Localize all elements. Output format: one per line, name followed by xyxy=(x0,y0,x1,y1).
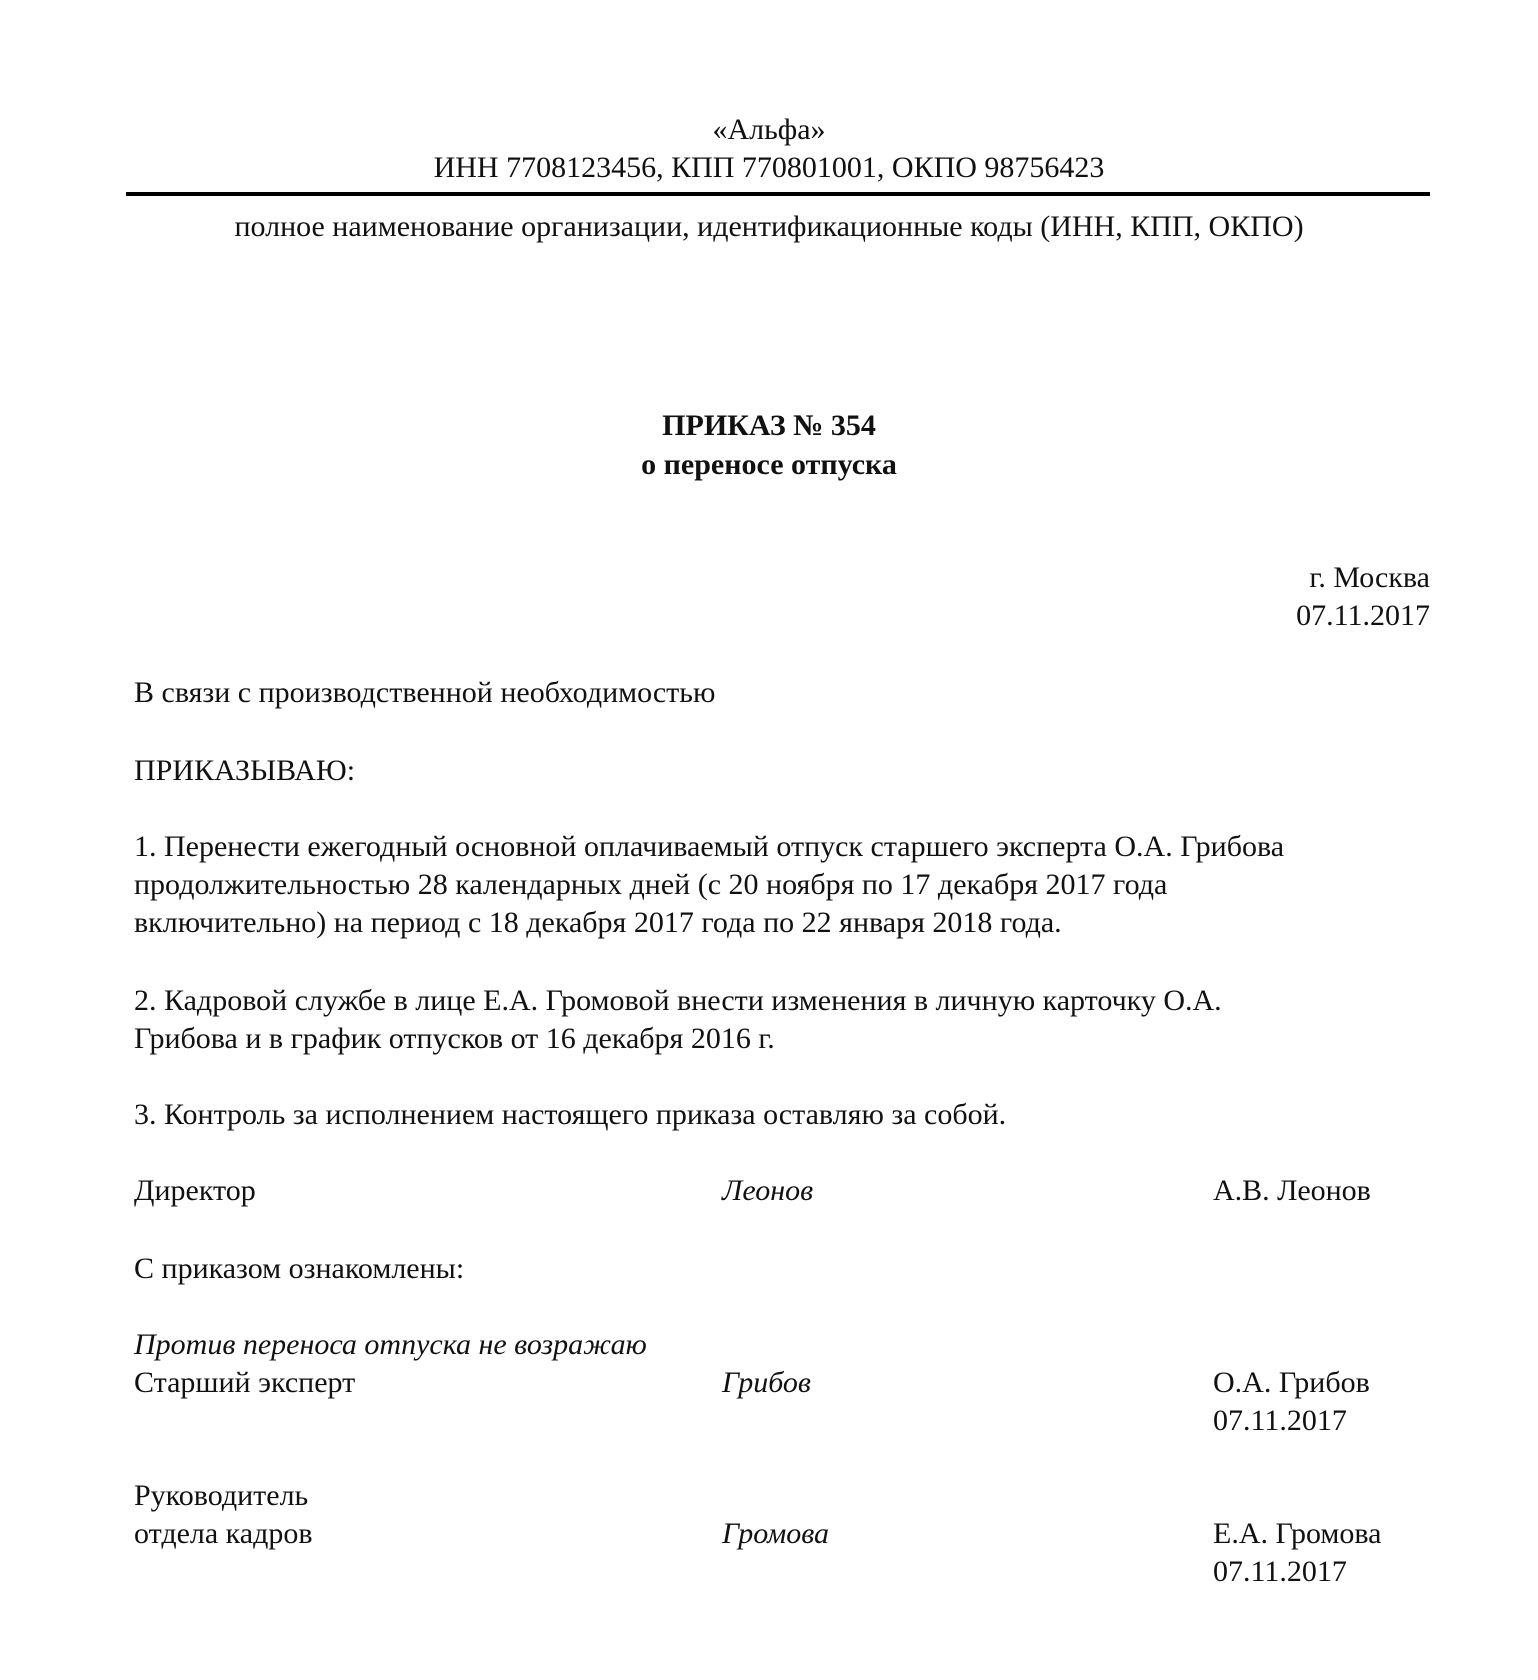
order-reason: В связи с производственной необходимость… xyxy=(134,674,715,712)
order-item-line: 1. Перенести ежегодный основной оплачива… xyxy=(134,828,1284,866)
hr-head-name: Е.А. Громова xyxy=(1213,1515,1381,1553)
header-divider xyxy=(126,192,1430,196)
director-position: Директор xyxy=(134,1172,256,1210)
organization-caption: полное наименование организации, идентиф… xyxy=(0,208,1538,246)
employee-name: О.А. Грибов xyxy=(1213,1364,1370,1402)
employee-consent-note: Против переноса отпуска не возражаю xyxy=(134,1326,647,1364)
hr-head-position-line2: отдела кадров xyxy=(134,1515,313,1553)
order-item-line: продолжительностью 28 календарных дней (… xyxy=(134,866,1167,904)
employee-position: Старший эксперт xyxy=(134,1364,355,1402)
director-signature: Леонов xyxy=(722,1172,813,1210)
order-item-line: 3. Контроль за исполнением настоящего пр… xyxy=(134,1096,1006,1134)
order-word: ПРИКАЗЫВАЮ: xyxy=(134,752,355,790)
acknowledged-label: С приказом ознакомлены: xyxy=(134,1250,464,1288)
employee-signature: Грибов xyxy=(722,1364,811,1402)
organization-name: «Альфа» xyxy=(0,111,1538,149)
document-subtitle: о переносе отпуска xyxy=(0,446,1538,484)
hr-head-position-line1: Руководитель xyxy=(134,1477,308,1515)
hr-head-signature: Громова xyxy=(722,1515,829,1553)
order-date: 07.11.2017 xyxy=(1296,597,1430,635)
order-item-line: 2. Кадровой службе в лице Е.А. Громовой … xyxy=(134,982,1222,1020)
director-name: А.В. Леонов xyxy=(1213,1172,1371,1210)
order-item-line: включительно) на период с 18 декабря 201… xyxy=(134,904,1062,942)
document-title: ПРИКАЗ № 354 xyxy=(0,407,1538,445)
place-date-block: г. Москва 07.11.2017 xyxy=(1296,559,1430,635)
organization-codes: ИНН 7708123456, КПП 770801001, ОКПО 9875… xyxy=(0,149,1538,187)
employee-date: 07.11.2017 xyxy=(1213,1402,1347,1440)
order-item-line: Грибова и в график отпусков от 16 декабр… xyxy=(134,1020,775,1058)
hr-head-date: 07.11.2017 xyxy=(1213,1553,1347,1591)
city: г. Москва xyxy=(1296,559,1430,597)
